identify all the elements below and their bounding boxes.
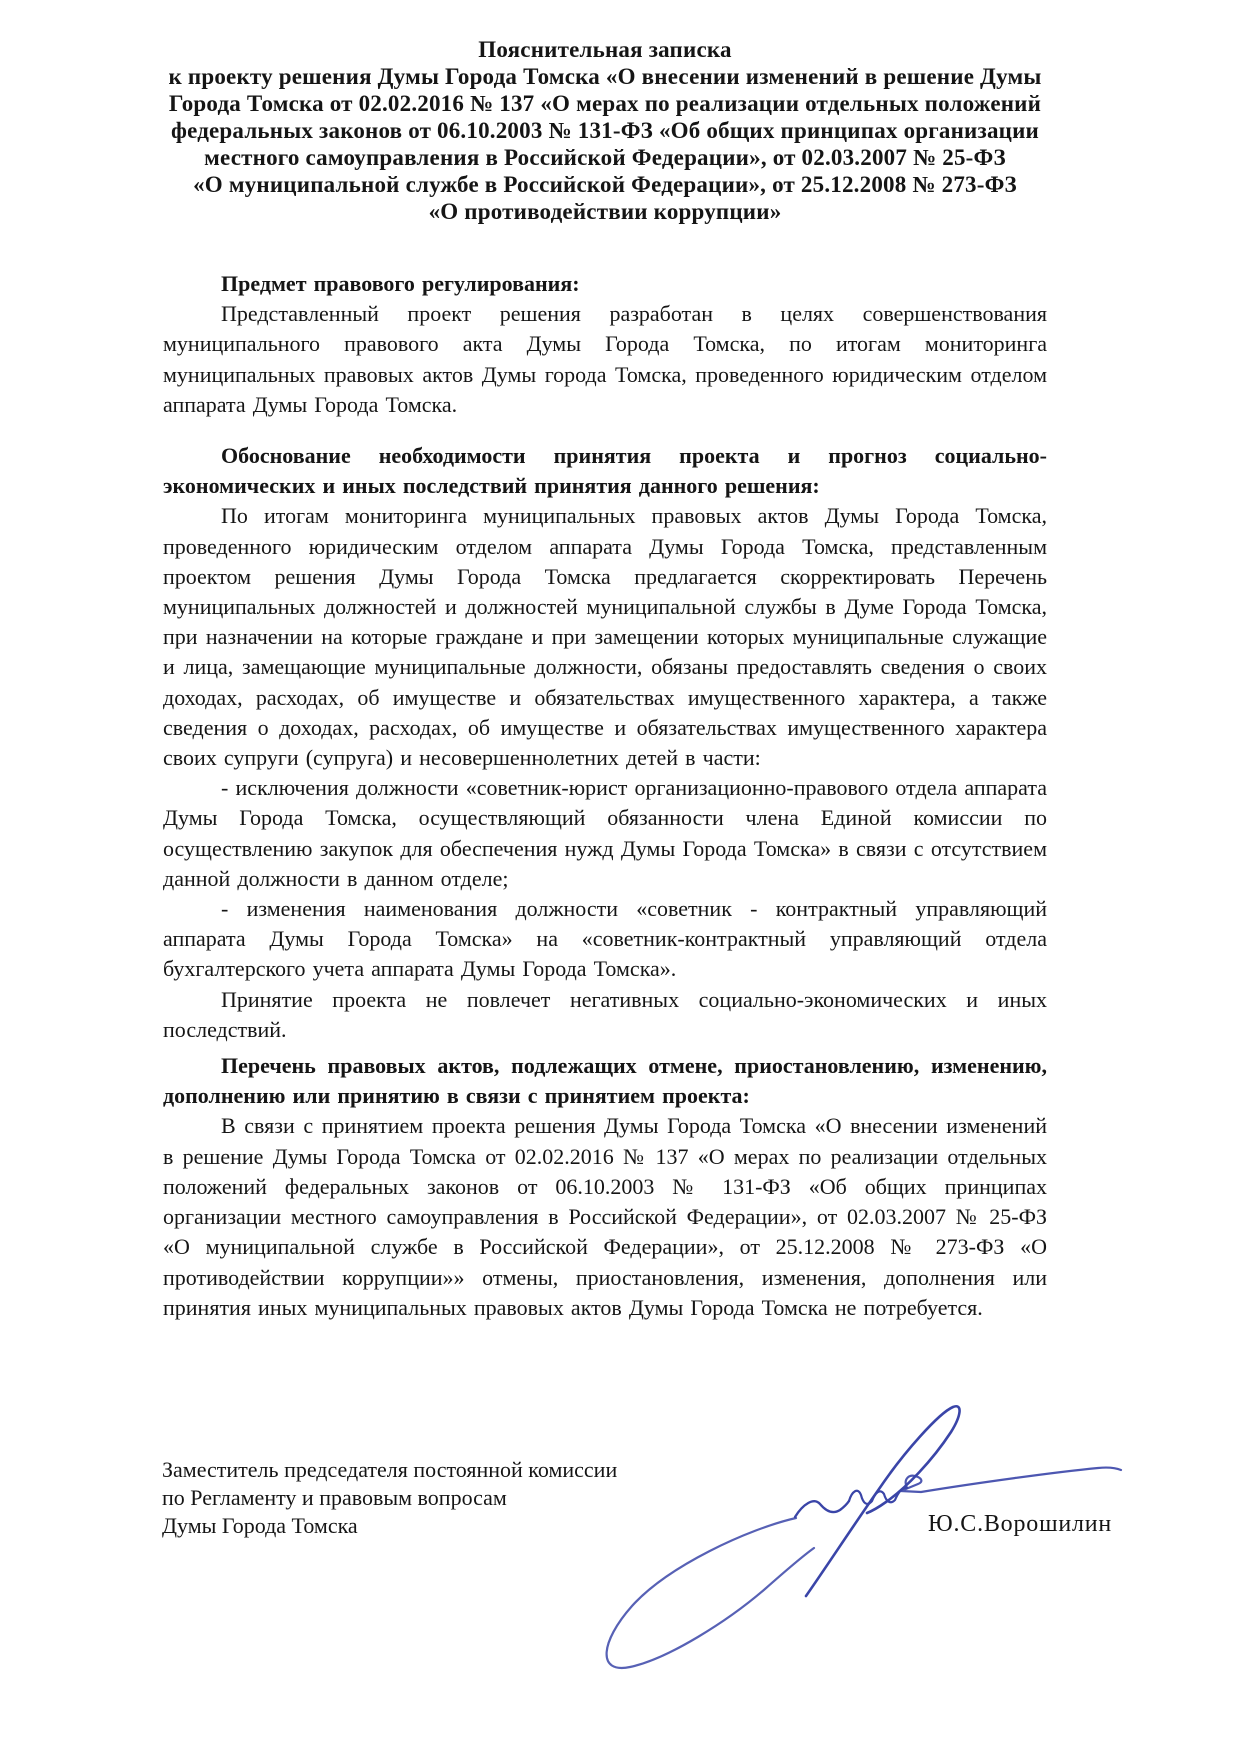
document-title: Пояснительная записка к проекту решения …: [163, 36, 1047, 225]
title-line: Города Томска от 02.02.2016 № 137 «О мер…: [163, 90, 1047, 117]
signatory-position-line: по Регламенту и правовым вопросам: [162, 1484, 617, 1512]
title-line: к проекту решения Думы Города Томска «О …: [163, 63, 1047, 90]
title-line: «О муниципальной службе в Российской Фед…: [163, 171, 1047, 198]
title-line: федеральных законов от 06.10.2003 № 131-…: [163, 117, 1047, 144]
section-acts-list-heading: Перечень правовых актов, подлежащих отме…: [163, 1051, 1047, 1111]
document-body: Предмет правового регулирования: Предста…: [163, 269, 1047, 1323]
paragraph: Представленный проект решения разработан…: [163, 299, 1047, 420]
title-line: местного самоуправления в Российской Фед…: [163, 144, 1047, 171]
signatory-position-line: Думы Города Томска: [162, 1512, 617, 1540]
signatory-name: Ю.С.Ворошилин: [928, 1511, 1112, 1538]
paragraph: - исключения должности «советник-юрист о…: [163, 773, 1047, 894]
signatory-position-line: Заместитель председателя постоянной коми…: [162, 1456, 617, 1484]
paragraph: - изменения наименования должности «сове…: [163, 894, 1047, 985]
title-line: «О противодействии коррупции»: [163, 198, 1047, 225]
paragraph: По итогам мониторинга муниципальных прав…: [163, 501, 1047, 773]
signatory-position: Заместитель председателя постоянной коми…: [162, 1456, 617, 1540]
paragraph: В связи с принятием проекта решения Думы…: [163, 1111, 1047, 1322]
section-subject-heading: Предмет правового регулирования:: [163, 269, 1047, 299]
scanned-document-page: Пояснительная записка к проекту решения …: [0, 0, 1240, 1753]
title-line: Пояснительная записка: [163, 36, 1047, 63]
section-acts-list: Перечень правовых актов, подлежащих отме…: [163, 1051, 1047, 1323]
section-justification: Обоснование необходимости принятия проек…: [163, 441, 1047, 1045]
section-subject: Предмет правового регулирования: Предста…: [163, 269, 1047, 420]
paragraph: Принятие проекта не повлечет негативных …: [163, 985, 1047, 1045]
section-justification-heading: Обоснование необходимости принятия проек…: [163, 441, 1047, 501]
